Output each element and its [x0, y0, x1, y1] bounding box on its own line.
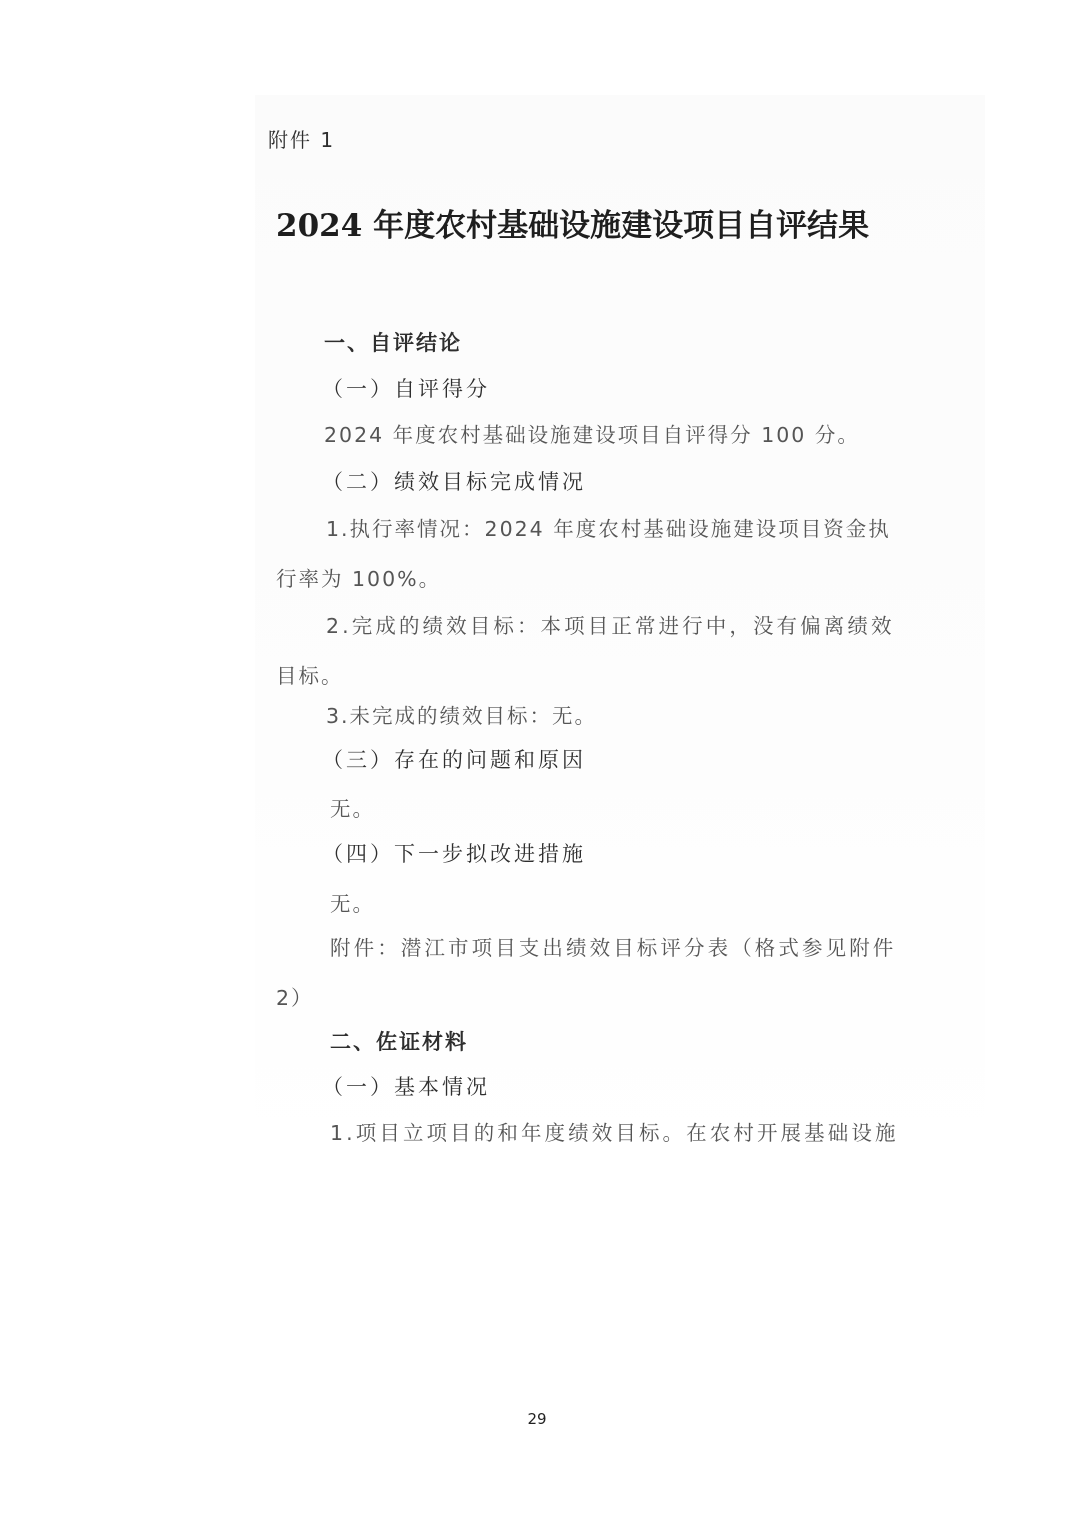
section-heading-evidence: 二、佐证材料: [330, 1026, 468, 1056]
document-title: 2024 年度农村基础设施建设项目自评结果: [276, 200, 869, 245]
paragraph-improvements: 无。: [330, 887, 375, 917]
subsection-heading-score: （一）自评得分: [322, 373, 490, 403]
paragraph-completed-goals-line2: 目标。: [276, 659, 344, 689]
attachment-note-line1: 附件：潜江市项目支出绩效目标评分表（格式参见附件: [330, 931, 896, 961]
paragraph-score: 2024 年度农村基础设施建设项目自评得分 100 分。: [324, 418, 860, 448]
subsection-heading-basic-info: （一）基本情况: [322, 1071, 490, 1101]
paragraph-uncompleted-goals: 3.未完成的绩效目标：无。: [326, 699, 597, 729]
paragraph-project-purpose-line1: 1.项目立项目的和年度绩效目标。在农村开展基础设施: [330, 1116, 899, 1146]
attachment-note-line2: 2）: [276, 981, 314, 1011]
paragraph-execution-rate-line1: 1.执行率情况：2024 年度农村基础设施建设项目资金执: [326, 512, 891, 542]
attachment-label: 附件 1: [268, 124, 335, 153]
subsection-heading-improvements: （四）下一步拟改进措施: [322, 838, 586, 868]
section-heading-conclusion: 一、自评结论: [324, 327, 462, 357]
subsection-heading-performance: （二）绩效目标完成情况: [322, 466, 586, 496]
paragraph-problems: 无。: [330, 792, 375, 822]
paragraph-execution-rate-line2: 行率为 100%。: [276, 562, 441, 592]
paragraph-completed-goals-line1: 2.完成的绩效目标：本项目正常进行中，没有偏离绩效: [326, 609, 895, 639]
subsection-heading-problems: （三）存在的问题和原因: [322, 744, 586, 774]
page-number: 29: [0, 1410, 1074, 1428]
